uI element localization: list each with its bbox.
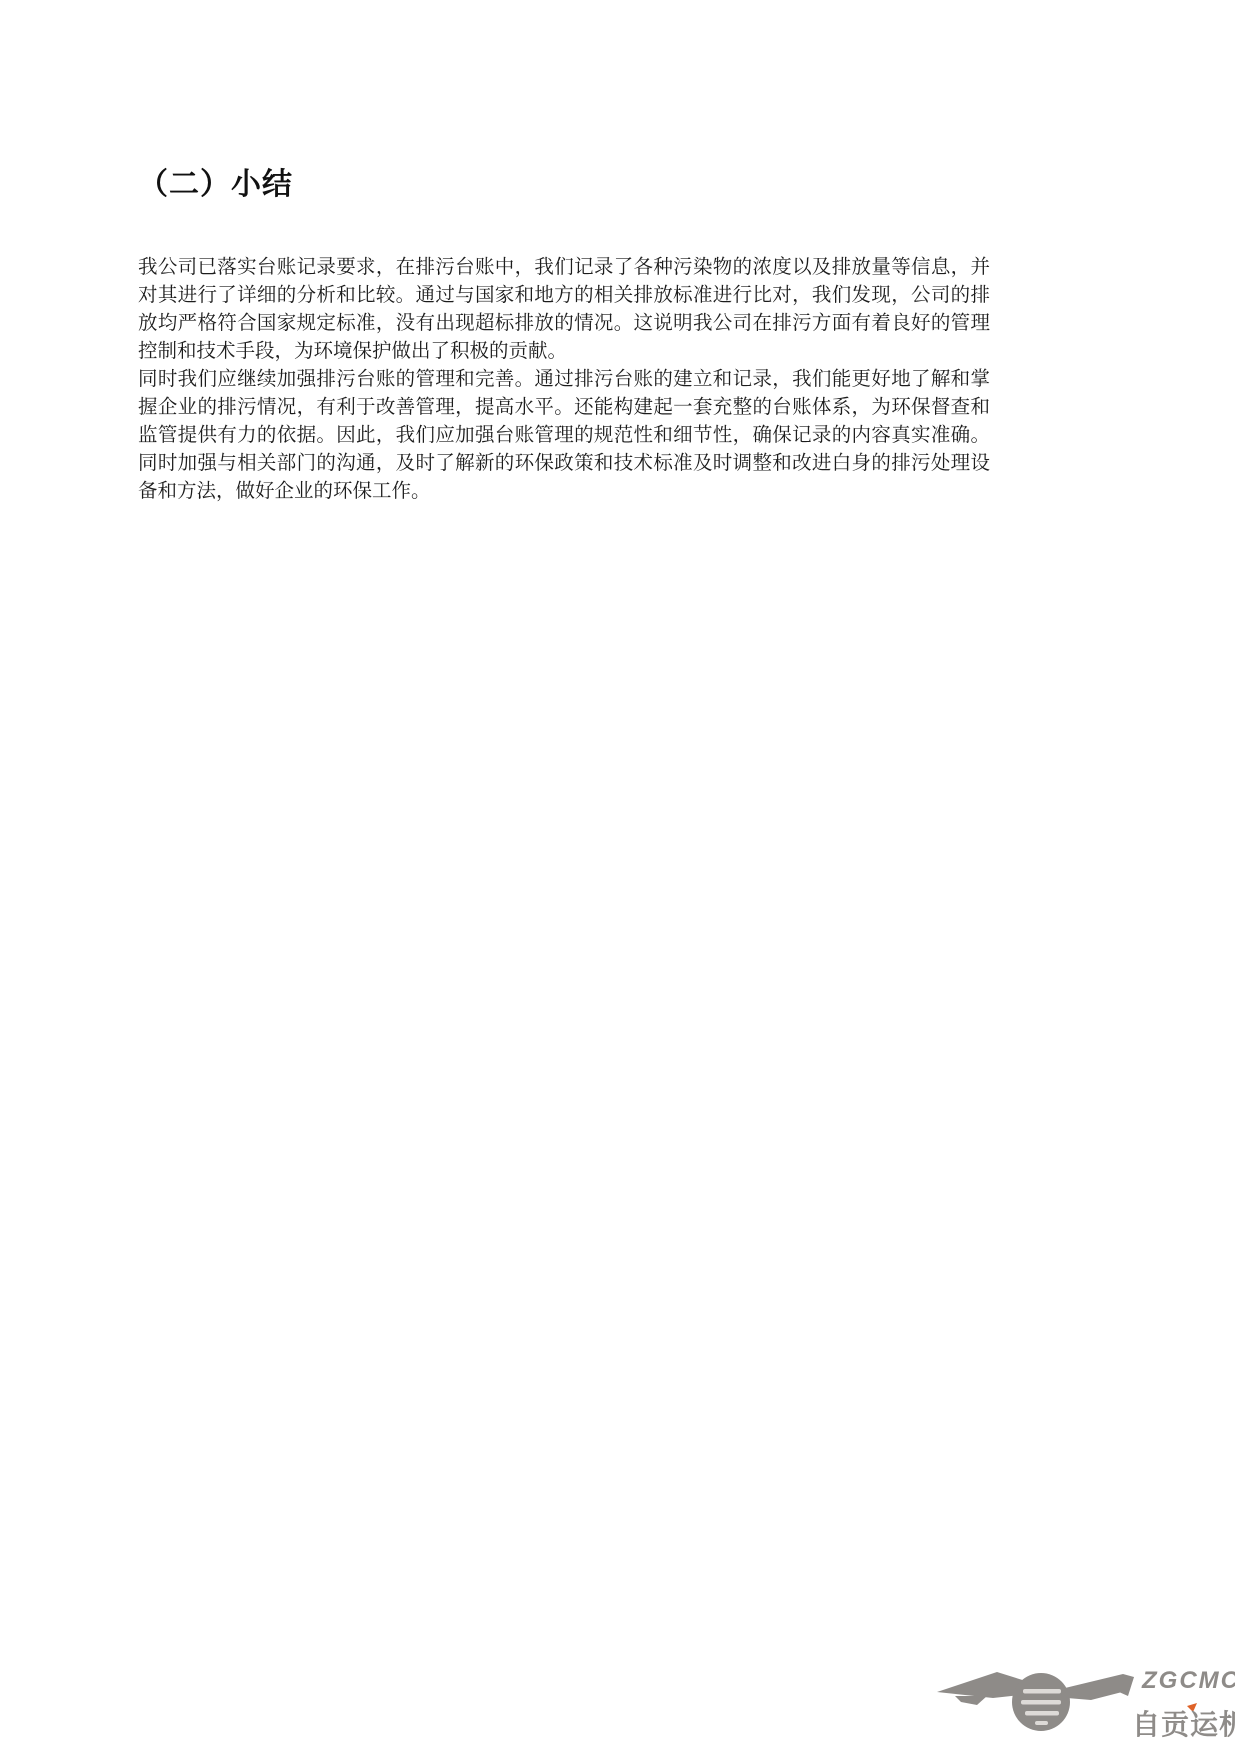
paragraph-1: 我公司已落实台账记录要求，在排污台账中，我们记录了各种污染物的浓度以及排放量等信… [138,254,990,366]
page-content: （二）小结 我公司已落实台账记录要求，在排污台账中，我们记录了各种污染物的浓度以… [138,158,990,506]
paragraph-2: 同时我们应继续加强排污台账的管理和完善。通过排污台账的建立和记录，我们能更好地了… [138,366,990,506]
footer-logo: ZGCMC 自贡运机 [935,1650,1235,1742]
brand-cn-text: 自贡运机 [1132,1709,1235,1740]
logo-emblem-icon [1012,1673,1070,1731]
section-heading: （二）小结 [138,158,990,212]
brand-en-text: ZGCMC [1141,1667,1235,1694]
logo-right-wing-icon [1065,1674,1134,1700]
company-logo-icon: ZGCMC 自贡运机 [935,1650,1235,1742]
document-page: （二）小结 我公司已落实台账记录要求，在排污台账中，我们记录了各种污染物的浓度以… [0,0,1241,1754]
body-text: 我公司已落实台账记录要求，在排污台账中，我们记录了各种污染物的浓度以及排放量等信… [138,254,990,506]
